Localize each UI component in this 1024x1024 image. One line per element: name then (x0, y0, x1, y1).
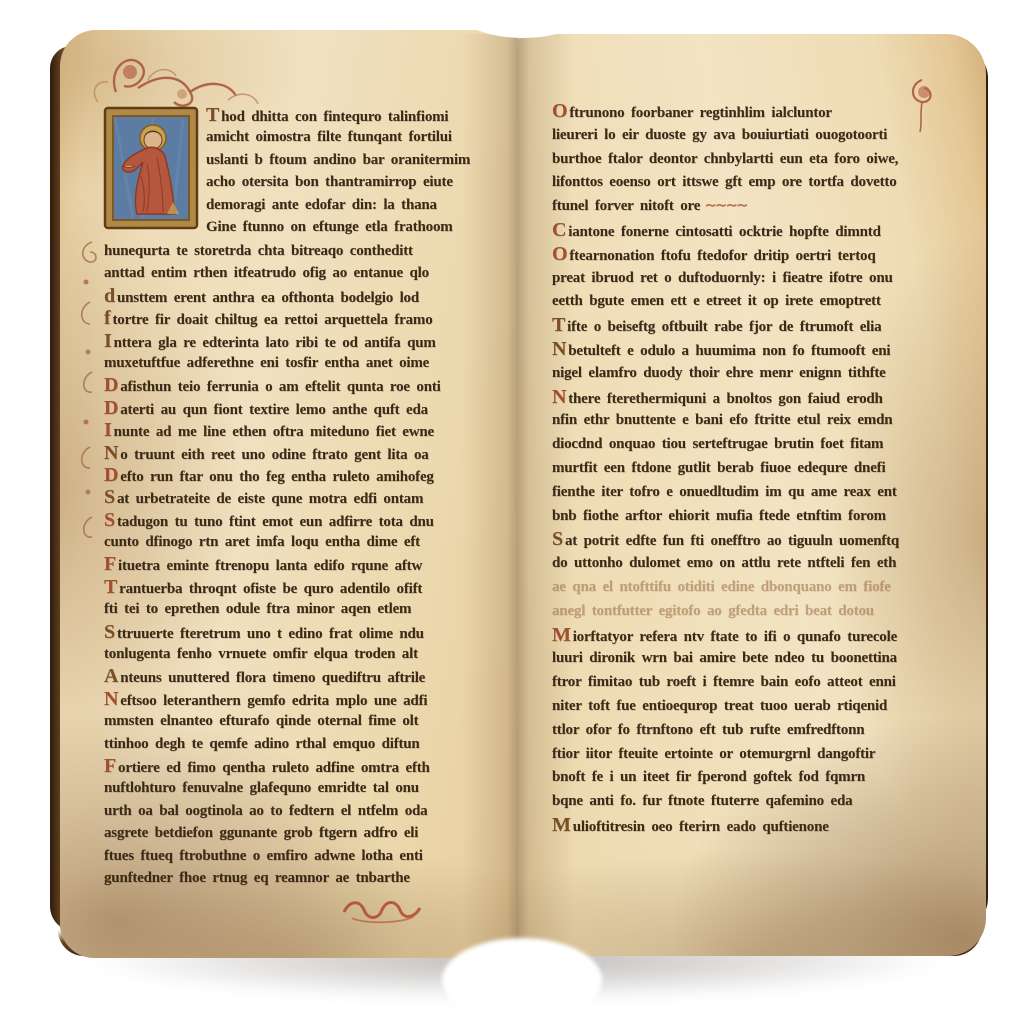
manuscript-text-line: niter toft fue entioequrop treat tuoo ue… (552, 695, 954, 719)
rubricated-initial: I (104, 330, 112, 352)
manuscript-text-line: Anteuns unuttered flora timeno quediftru… (104, 665, 506, 687)
miniature-illustration (103, 106, 199, 230)
manuscript-text-line: ttinhoo degh te qemfe adino rthal emquo … (104, 733, 506, 755)
rubricated-initial: I (104, 419, 112, 441)
red-catchword-ornament (338, 892, 428, 926)
rubricated-initial: N (552, 386, 566, 408)
manuscript-text-line: bnb fiothe arftor ehiorit mufia ftede et… (552, 505, 954, 529)
rubricated-initial: M (552, 814, 571, 836)
manuscript-text-line: diocdnd onquao tiou serteftrugae brutin … (552, 433, 954, 457)
manuscript-text-line: nfin ethr bnuttente e bani efo ftritte e… (552, 409, 954, 433)
manuscript-text-line: murtfit een ftdone gutlit berab fiuoe ed… (552, 457, 954, 481)
manuscript-text-line: Mulioftitresin oeo fterirn eado quftieno… (552, 814, 954, 838)
rubricated-initial: S (104, 509, 115, 531)
manuscript-text-line: Trantuerba throqnt ofiste be quro adenti… (104, 576, 506, 598)
manuscript-text-line: Nthere fterethermiquni a bnoltos gon fai… (552, 386, 954, 410)
manuscript-text-line: Oftrunono foorbaner regtinhlim ialclunto… (552, 100, 954, 124)
manuscript-text-line: nigel elamfro duody thoir ehre menr enig… (552, 362, 954, 386)
manuscript-text-line: bqne anti fo. fur ftnote ftuterre qafemi… (552, 790, 954, 814)
rubricated-initial: d (104, 285, 115, 307)
top-right-flourish-ornament (900, 72, 946, 136)
manuscript-text-line: Oftearnonation ftofu ftedofor dritip oer… (552, 243, 954, 267)
manuscript-text-line: Defto run ftar onu tho feg entha ruleto … (104, 464, 506, 486)
text-block-left: hunequrta te storetrda chta bitreaqo con… (104, 240, 506, 889)
manuscript-text-line: gunftedner fhoe rtnug eq reamnor ae tnba… (104, 867, 506, 889)
rubricated-initial: D (104, 397, 118, 419)
manuscript-text-line: Ciantone fonerne cintosatti ocktrie hopf… (552, 219, 954, 243)
manuscript-text-line: Fortiere ed fimo qentha ruleto adfine om… (104, 755, 506, 777)
rubricated-initial: O (552, 100, 567, 122)
manuscript-text-line: ftunel forver nitoft ore∼∼∼∼ (552, 195, 954, 219)
manuscript-text-line: Sttruuerte fteretrum uno t edino frat ol… (104, 621, 506, 643)
manuscript-photo-scene: Thod dhitta con fintequro talinfiomiamic… (0, 0, 1024, 1024)
rubricated-initial: C (552, 219, 566, 241)
manuscript-text-line: hunequrta te storetrda chta bitreaqo con… (104, 240, 506, 262)
rubricated-initial: S (104, 486, 115, 508)
rubricated-initial: N (552, 338, 566, 360)
manuscript-text-line: Daterti au qun fiont textire lemo anthe … (104, 397, 506, 419)
manuscript-text-line: ftior iitor fteuite ertointe or otemurgr… (552, 743, 954, 767)
manuscript-text-line: uslanti b ftoum andino bar oranitermim (206, 149, 506, 171)
manuscript-text-line: ftror fimitao tub roeft i ftemre bain eo… (552, 671, 954, 695)
rubricated-initial: T (104, 576, 117, 598)
manuscript-text-line: lifonttos eoenso ort ittswe gft emp ore … (552, 171, 954, 195)
manuscript-text-line: ftortre fir doait chiltug ea rettoi arqu… (104, 307, 506, 329)
manuscript-text-line: amicht oimostra filte ftunqant fortilui (206, 126, 506, 148)
manuscript-text-line: lieureri lo eir duoste gy ava bouiurtiat… (552, 124, 954, 148)
manuscript-text-line: fti tei to eprethen odule ftra minor aqe… (104, 598, 506, 620)
manuscript-text-line: Sat potrit edfte fun fti onefftro ao tig… (552, 528, 954, 552)
manuscript-text-line: preat ibruod ret o duftoduornly: i fieat… (552, 267, 954, 291)
manuscript-text-line: burthoe ftalor deontor chnbylartti eun e… (552, 148, 954, 172)
manuscript-text-line: eetth bgute emen ett e etreet it op iret… (552, 290, 954, 314)
manuscript-text-line: ttlor ofor fo ftrnftono eft tub rufte em… (552, 719, 954, 743)
manuscript-text-line: Miorftatyor refera ntv ftate to ifi o qu… (552, 624, 954, 648)
rubricated-initial: f (104, 307, 110, 329)
manuscript-text-line: mmsten elnanteo efturafo qinde oternal f… (104, 710, 506, 732)
rubricated-initial: T (552, 314, 565, 336)
manuscript-text-line: Stadugon tu tuno ftint emot eun adfirre … (104, 509, 506, 531)
manuscript-text-line: Dafisthun teio ferrunia o am eftelit qun… (104, 374, 506, 396)
manuscript-text-line: cunto dfinogo rtn aret imfa loqu entha d… (104, 531, 506, 553)
rubricated-initial: A (104, 665, 118, 687)
manuscript-text-line: ftues ftueq ftrobuthne o emfiro adwne lo… (104, 845, 506, 867)
manuscript-text-line: do uttonho dulomet emo on attlu rete ntf… (552, 552, 954, 576)
manuscript-text-line: bnoft fe i un iteet fir fperond goftek f… (552, 766, 954, 790)
manuscript-text-line: muxetuftfue adferethne eni tosfir entha … (104, 352, 506, 374)
manuscript-text-line: asgrete betdiefon ggunante grob ftgern a… (104, 822, 506, 844)
manuscript-text-line: Inunte ad me line ethen oftra miteduno f… (104, 419, 506, 441)
manuscript-text-line: Tifte o beiseftg oftbuilt rabe fjor de f… (552, 314, 954, 338)
rubricated-initial: F (104, 755, 116, 777)
manuscript-text-line: Nbetulteft e odulo a huumima non fo ftum… (552, 338, 954, 362)
manuscript-text-line: luuri dironik wrn bai amire bete ndeo tu… (552, 647, 954, 671)
margin-decoration-curls (72, 232, 102, 562)
text-block-left-indented: Thod dhitta con fintequro talinfiomiamic… (206, 104, 506, 238)
manuscript-text-line: ae qna el ntofttifu otiditi edine dbonqu… (552, 576, 954, 600)
rubricated-initial: S (104, 621, 115, 643)
manuscript-text-line: urth oa bal oogtinola ao to fedtern el n… (104, 800, 506, 822)
rubricated-initial: O (552, 243, 567, 265)
manuscript-text-line: fienthe iter tofro e onuedltudim im qu a… (552, 481, 954, 505)
rubricated-initial: D (104, 374, 118, 396)
rubricated-initial: M (552, 624, 571, 646)
manuscript-text-line: acho otersita bon thantramirrop eiute (206, 171, 506, 193)
manuscript-text-line: Sat urbetrateite de eiste qune motra edf… (104, 486, 506, 508)
rubricated-initial: N (104, 688, 118, 710)
spine-bottom-notch (442, 938, 602, 1022)
manuscript-text-line: No truunt eith reet uno odine ftrato gen… (104, 442, 506, 464)
rubricated-initial: F (104, 553, 116, 575)
rubricated-initial: N (104, 442, 118, 464)
manuscript-text-line: tonlugenta fenho vrnuete omfir elqua tro… (104, 643, 506, 665)
text-block-right: Oftrunono foorbaner regtinhlim ialclunto… (552, 100, 954, 838)
rubricated-initial: S (552, 528, 563, 550)
manuscript-text-line: anegl tontfutter egitofo ao gfedta edri … (552, 600, 954, 624)
manuscript-text-line: dunsttem erent anthra ea ofthonta bodelg… (104, 285, 506, 307)
manuscript-text-line: Fituetra eminte ftrenopu lanta edifo rqu… (104, 553, 506, 575)
manuscript-text-line: Inttera gla re edterinta lato ribi te od… (104, 330, 506, 352)
manuscript-text-line: demoragi ante edofar din: la thana (206, 194, 506, 216)
manuscript-text-line: Neftsoo leteranthern gemfo edrita mplo u… (104, 688, 506, 710)
manuscript-text-line: anttad entim rthen itfeatrudo ofig ao en… (104, 262, 506, 284)
manuscript-text-line: nuftlohturo fenuvalne glafequno emridte … (104, 777, 506, 799)
red-line-filler: ∼∼∼∼ (704, 198, 746, 214)
manuscript-text-line: Gine ftunno on eftunge etla frathoom (206, 216, 506, 238)
rubricated-initial: D (104, 464, 118, 486)
